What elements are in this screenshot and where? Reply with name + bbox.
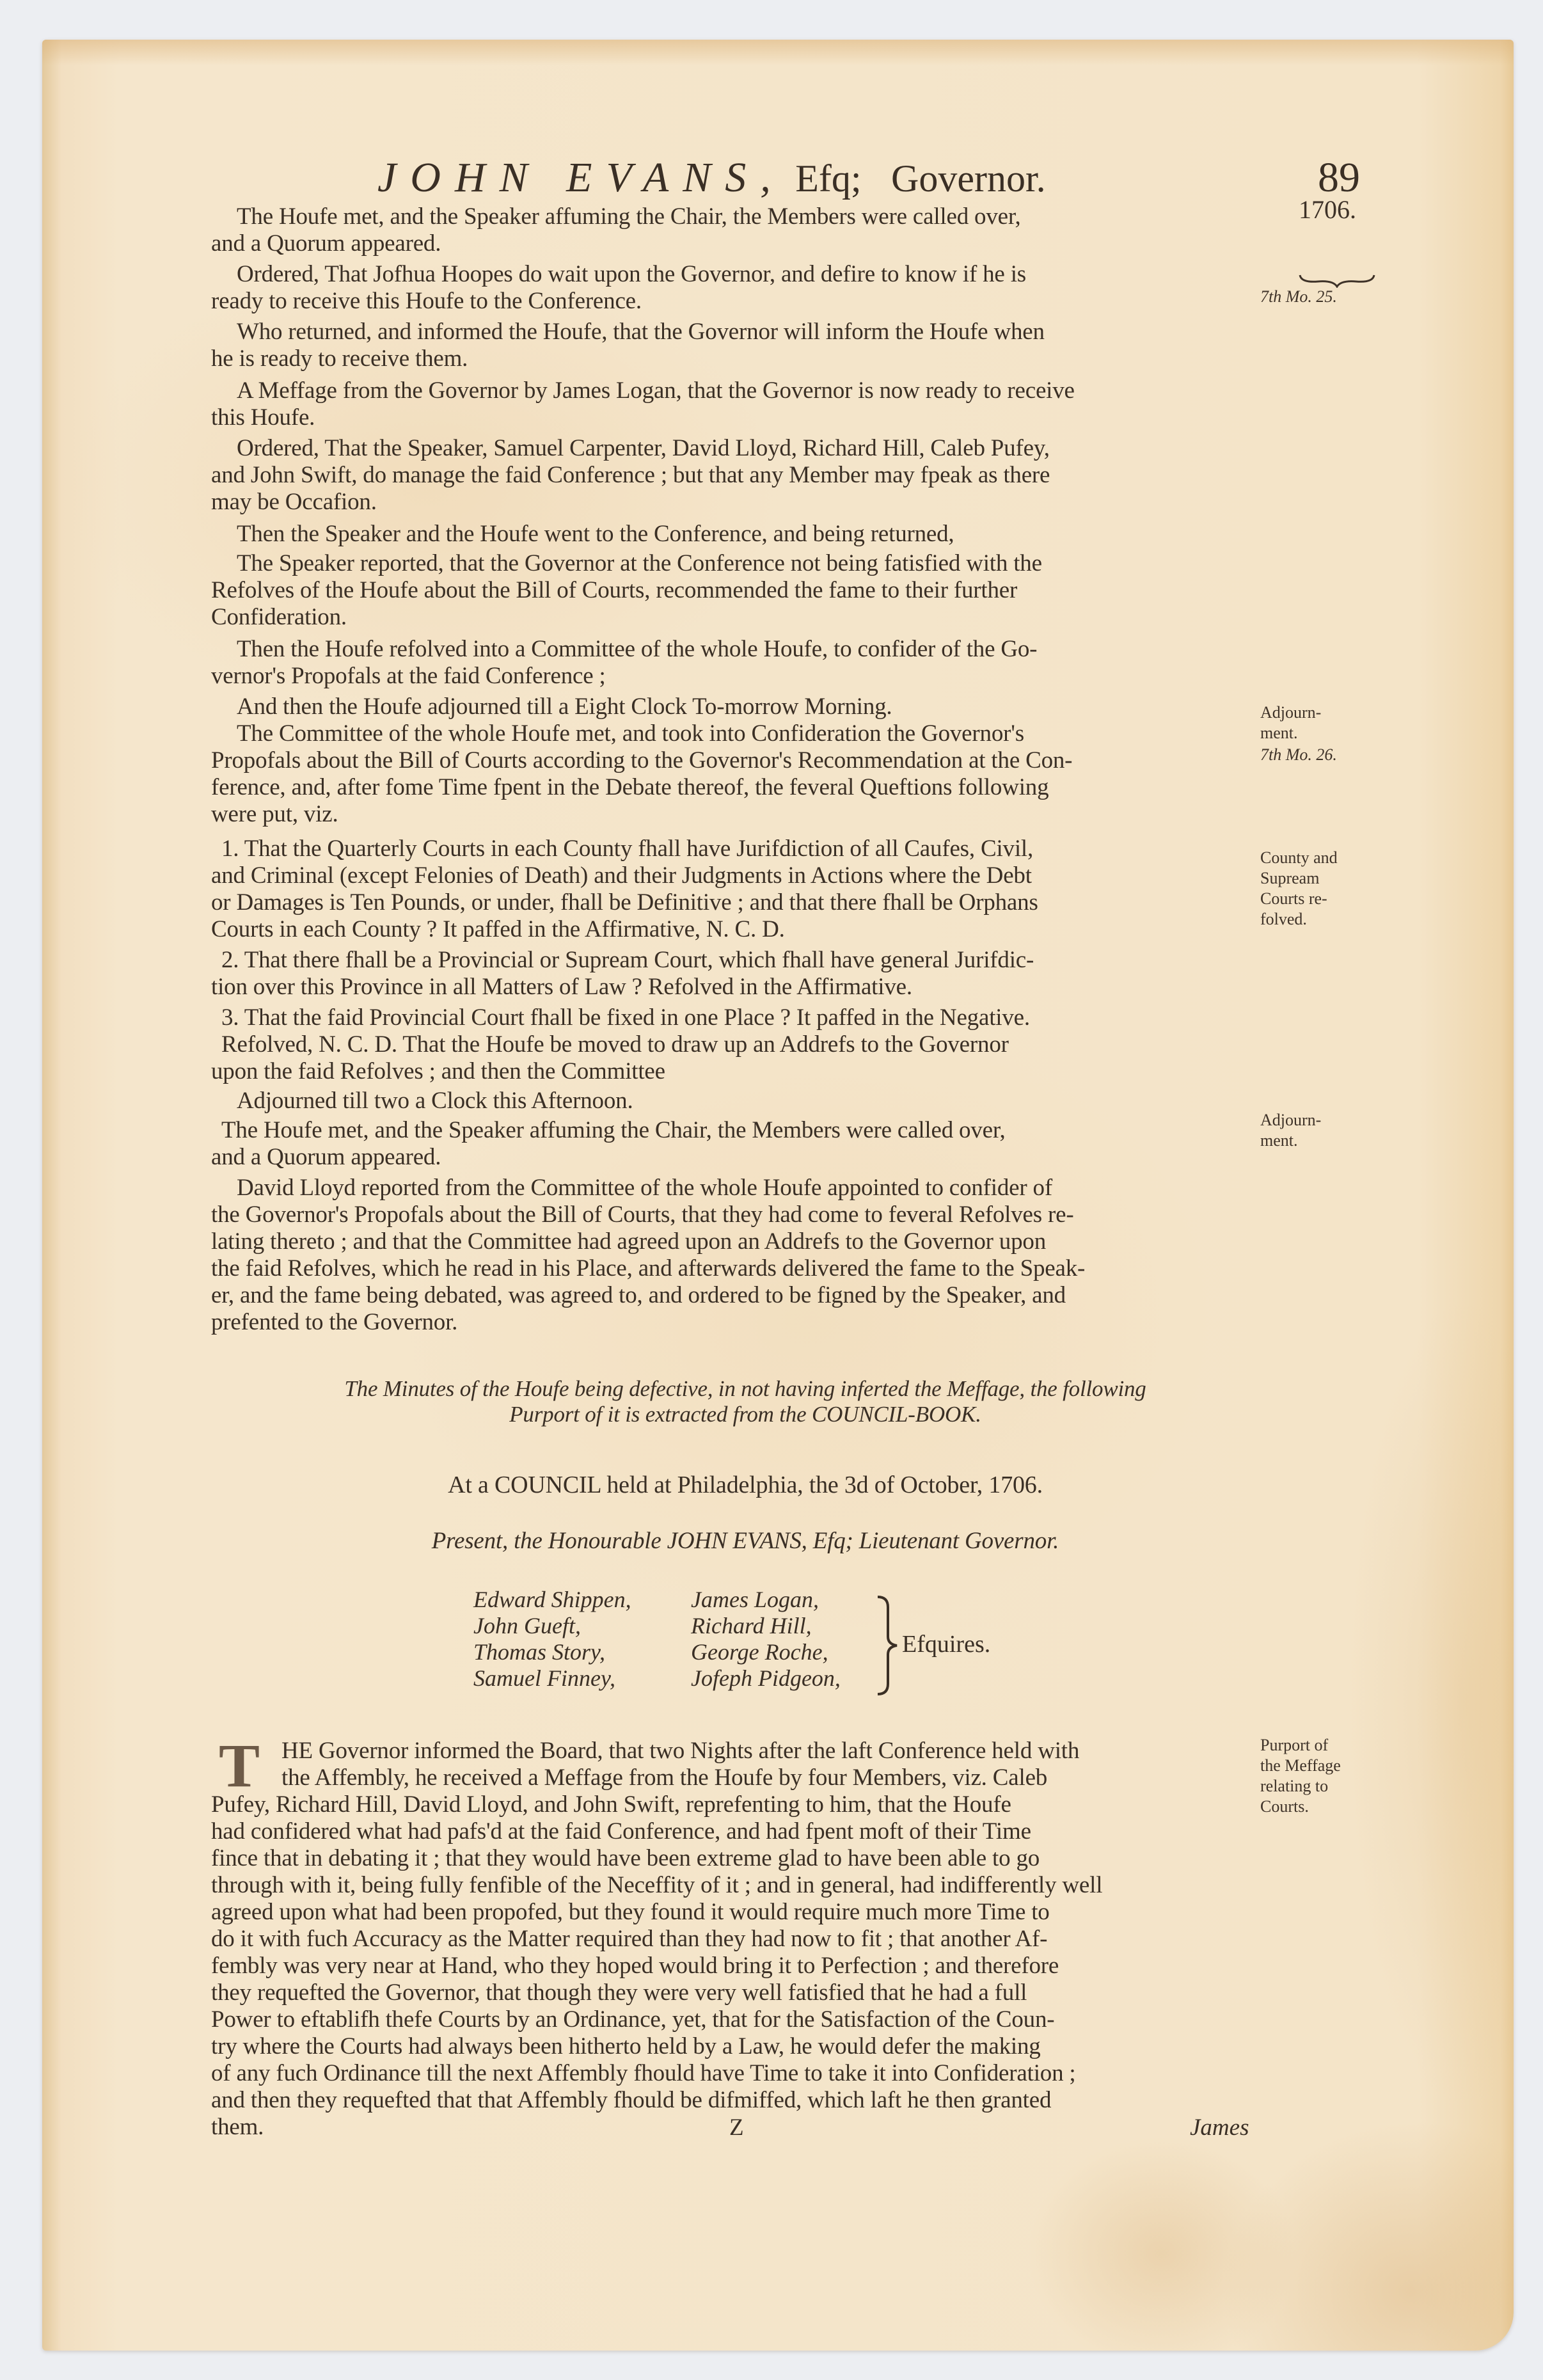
text-line: they requefted the Governor, that though… (211, 1979, 1027, 2006)
text-line: Power to eftablifh thefe Courts by an Or… (211, 2006, 1054, 2033)
text-line: try where the Courts had always been hit… (211, 2033, 1041, 2060)
margin-year: 1706. (1299, 200, 1356, 220)
text-line: had confidered what had pafs'd at the fa… (211, 1818, 1031, 1845)
text-line: of any fuch Ordinance till the next Affe… (211, 2060, 1076, 2087)
text-line: the Affembly, he received a Meffage from… (281, 1765, 1047, 1791)
text-line: HE Governor informed the Board, that two… (281, 1738, 1079, 1765)
message-body: HE Governor informed the Board, that two… (211, 0, 1279, 2380)
text-line: Pufey, Richard Hill, David Lloyd, and Jo… (211, 1791, 1011, 1818)
text-line: and then they requefted that that Affemb… (211, 2087, 1051, 2114)
text-line: fince that in debating it ; that they wo… (211, 1845, 1040, 1872)
signature-mark: Z (729, 2114, 744, 2141)
catchword: James (1190, 2114, 1249, 2141)
text-line: them. (211, 2114, 264, 2141)
text-line: do it with fuch Accuracy as the Matter r… (211, 1926, 1047, 1953)
text-line: fembly was very near at Hand, who they h… (211, 1953, 1059, 1979)
text-line: through with it, being fully fenfible of… (211, 1872, 1102, 1899)
horizontal-brace-icon (1299, 274, 1375, 288)
text-line: agreed upon what had been propofed, but … (211, 1899, 1050, 1926)
